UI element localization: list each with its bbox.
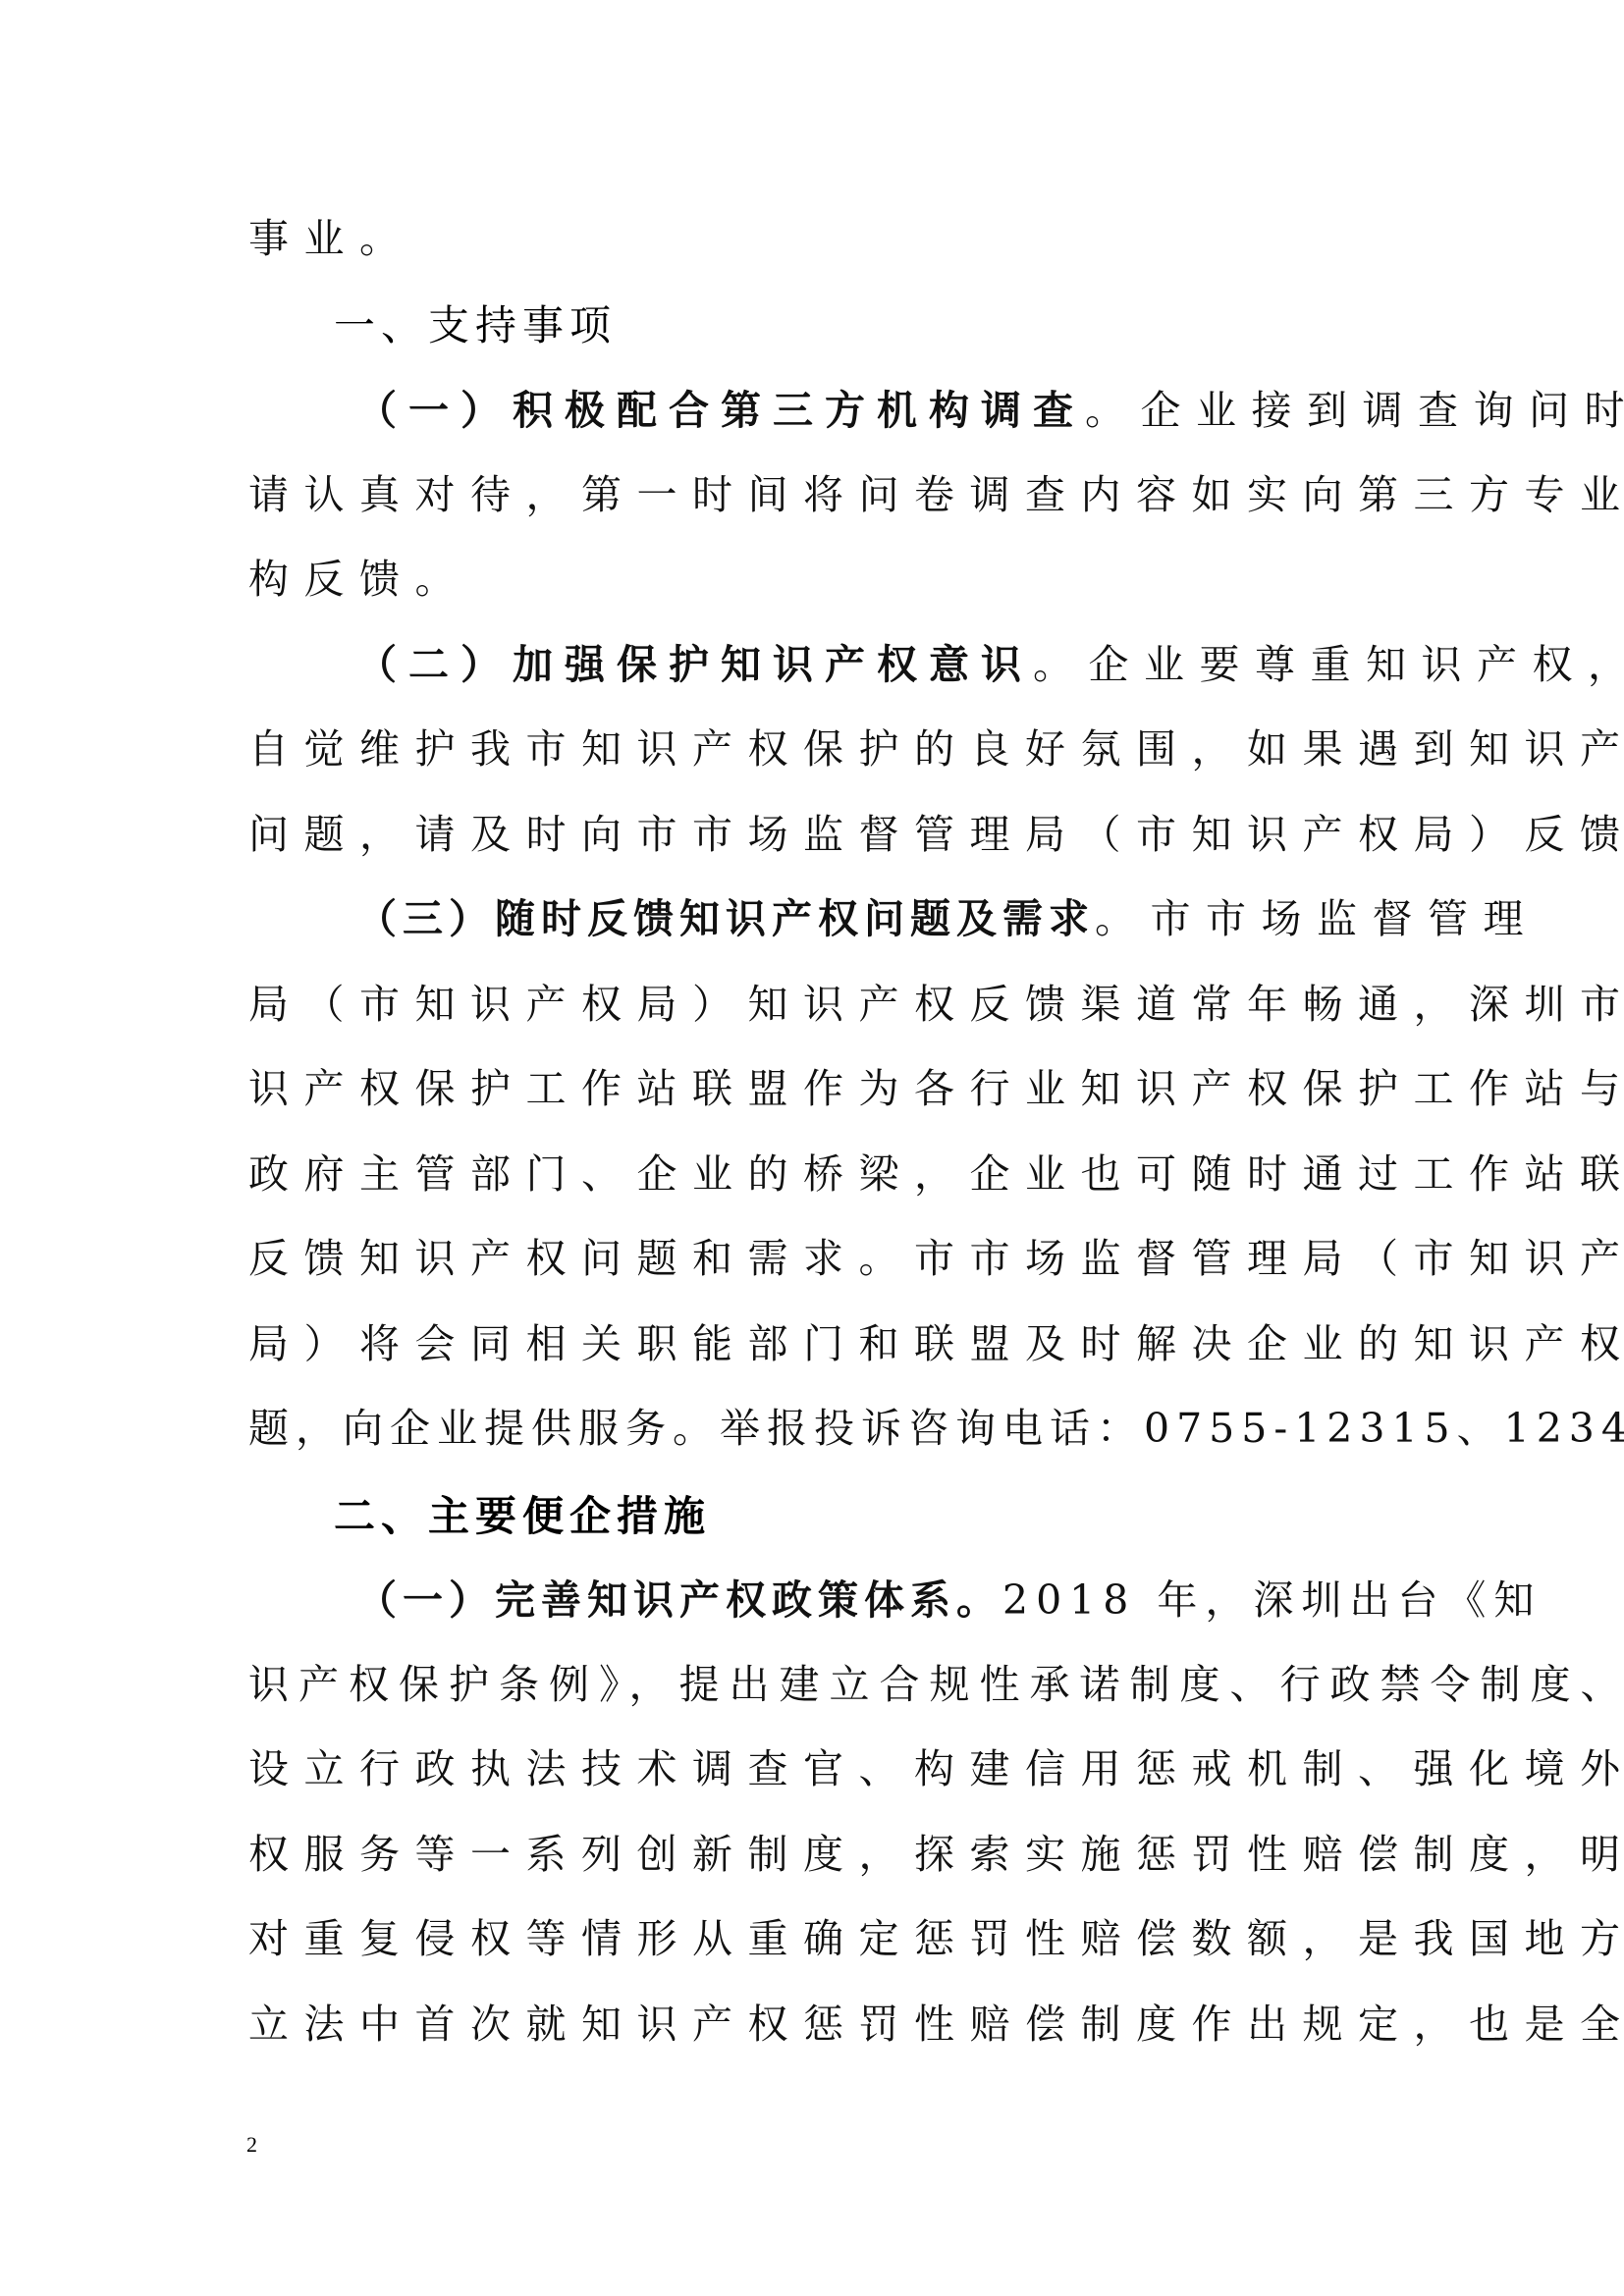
paragraph-text: 。企业要尊重知识产权， bbox=[1033, 641, 1624, 688]
paragraph-line: 构反馈。 bbox=[248, 550, 1387, 609]
hotline-line: 题，向企业提供服务。举报投诉咨询电话：0755-12315、12345。 bbox=[248, 1399, 1387, 1458]
paragraph-line: 识产权保护条例》，提出建立合规性承诺制度、行政禁令制度、 bbox=[248, 1655, 1387, 1714]
paragraph-line: 局）将会同相关职能部门和联盟及时解决企业的知识产权问 bbox=[248, 1314, 1387, 1373]
section-heading-support-items: 一、支持事项 bbox=[334, 296, 617, 355]
paragraph-text: 2018 年，深圳出台《知 bbox=[1002, 1576, 1542, 1624]
paragraph-line: 局（市知识产权局）知识产权反馈渠道常年畅通，深圳市知 bbox=[248, 975, 1387, 1034]
paragraph-line: 立法中首次就知识产权惩罚性赔偿制度作出规定，也是全国 bbox=[248, 1995, 1387, 2054]
paragraph-line: 政府主管部门、企业的桥梁，企业也可随时通过工作站联盟 bbox=[248, 1145, 1387, 1203]
paragraph-text: 。企业接到调查询问时， bbox=[1085, 387, 1624, 434]
paragraph-line: 自觉维护我市知识产权保护的良好氛围，如果遇到知识产权 bbox=[248, 720, 1387, 778]
paragraph-line: （三）随时反馈知识产权问题及需求。市市场监督管理 bbox=[356, 889, 1495, 948]
subheading-policy-system: （一）完善知识产权政策体系。 bbox=[356, 1576, 1002, 1624]
paragraph-line: 权服务等一系列创新制度，探索实施惩罚性赔偿制度，明确 bbox=[248, 1825, 1387, 1884]
section-heading-main-measures: 二、主要便企措施 bbox=[334, 1487, 711, 1546]
document-page: 事业。 一、支持事项 （一）积极配合第三方机构调查。企业接到调查询问时， 请认真… bbox=[0, 0, 1624, 2296]
paragraph-line: 识产权保护工作站联盟作为各行业知识产权保护工作站与 bbox=[248, 1059, 1387, 1118]
paragraph-line: 反馈知识产权问题和需求。市市场监督管理局（市知识产权 bbox=[248, 1229, 1387, 1288]
subheading-ip-awareness: （二）加强保护知识产权意识 bbox=[356, 641, 1033, 688]
paragraph-line: （二）加强保护知识产权意识。企业要尊重知识产权， bbox=[356, 635, 1495, 694]
paragraph-text: 。市市场监督管理 bbox=[1095, 895, 1539, 942]
subheading-cooperate-survey: （一）积极配合第三方机构调查 bbox=[356, 387, 1085, 434]
page-number: 2 bbox=[246, 2132, 257, 2158]
paragraph-line: 对重复侵权等情形从重确定惩罚性赔偿数额，是我国地方性 bbox=[248, 1909, 1387, 1968]
paragraph-line: 问题，请及时向市市场监督管理局（市知识产权局）反馈。 bbox=[248, 805, 1387, 864]
paragraph-line: （一）完善知识产权政策体系。2018 年，深圳出台《知 bbox=[356, 1571, 1495, 1629]
paragraph-line: 设立行政执法技术调查官、构建信用惩戒机制、强化境外维 bbox=[248, 1739, 1387, 1798]
paragraph-line: 事业。 bbox=[248, 209, 1387, 268]
paragraph-line: 请认真对待，第一时间将问卷调查内容如实向第三方专业机 bbox=[248, 465, 1387, 524]
subheading-feedback-needs: （三）随时反馈知识产权问题及需求 bbox=[356, 895, 1095, 942]
paragraph-line: （一）积极配合第三方机构调查。企业接到调查询问时， bbox=[356, 381, 1495, 440]
